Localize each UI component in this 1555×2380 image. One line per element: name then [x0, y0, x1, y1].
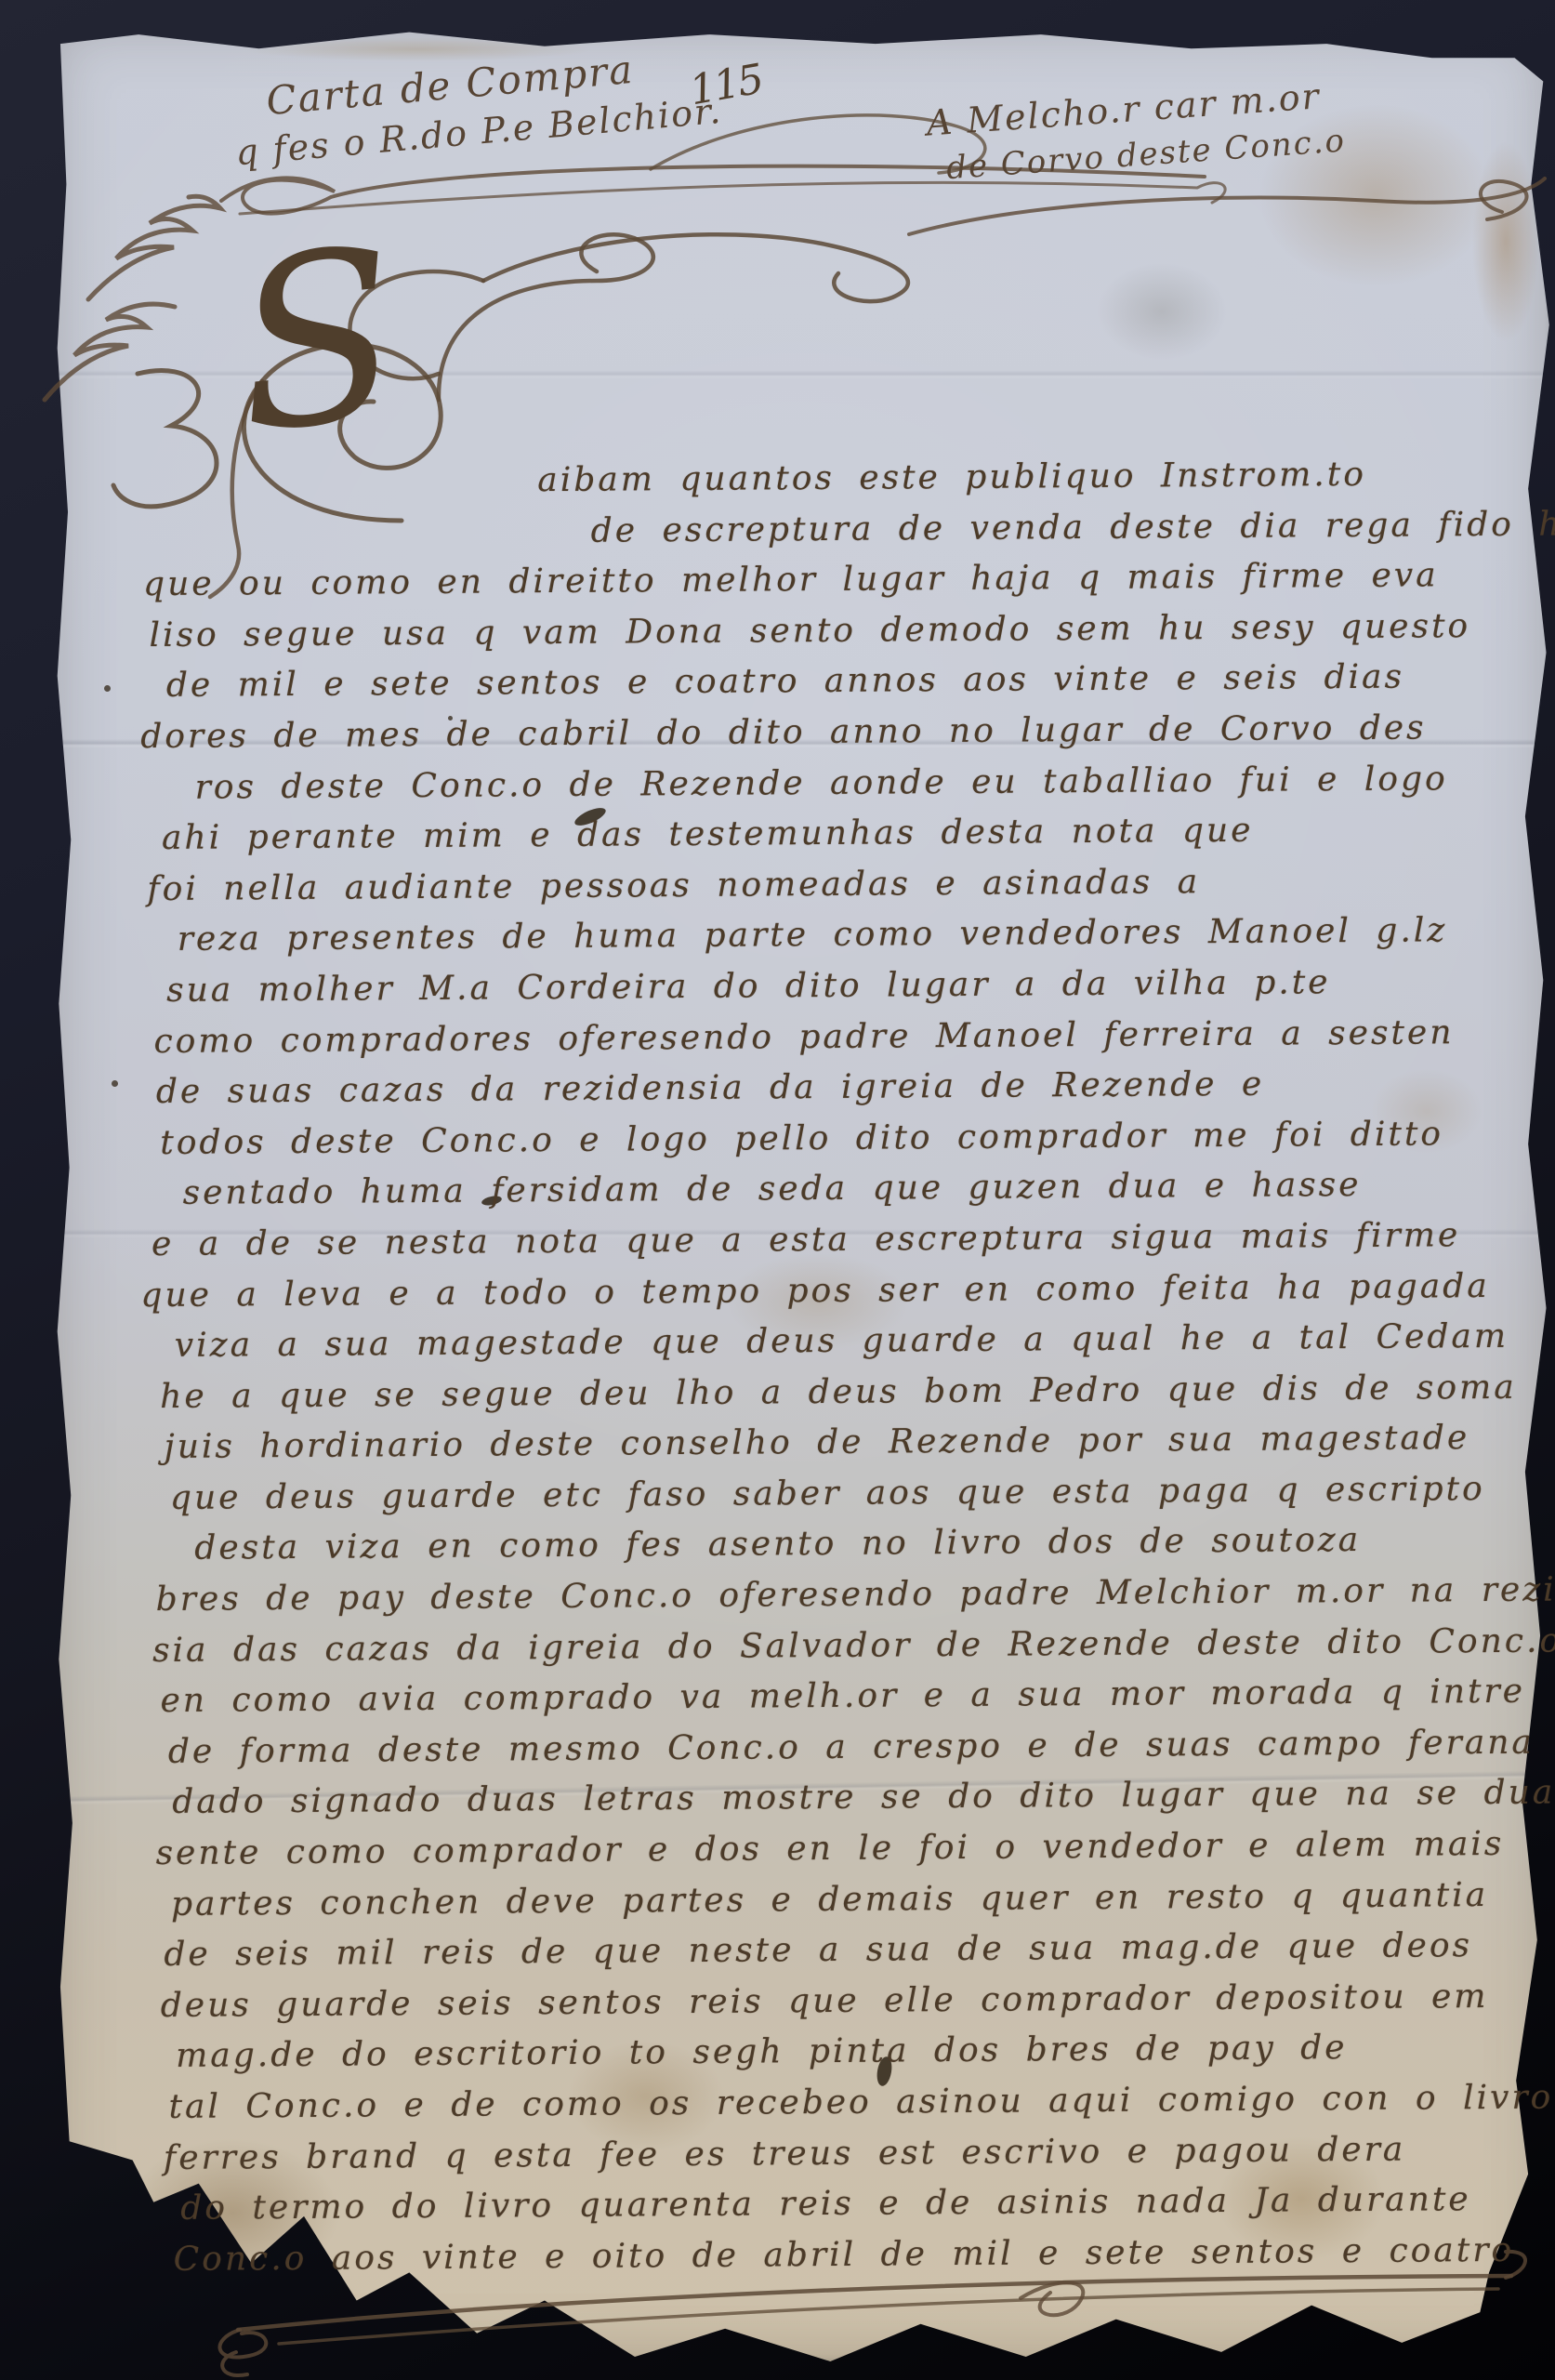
manuscript-line: de escreptura de venda deste dia rega fi… [591, 499, 1500, 556]
manuscript-line: aibam quantos este publiquo Instrom.to [537, 449, 1499, 507]
manuscript-line: ros deste Conc.o de Rezende aonde eu tab… [194, 753, 1501, 813]
manuscript-line: ferres brand q esta fee es treus est esc… [164, 2123, 1511, 2184]
manuscript-line: reza presentes de huma parte como vended… [178, 906, 1503, 966]
manuscript-line: de suas cazas da rezidensia da igreia de… [156, 1058, 1504, 1118]
manuscript-line: desta viza en como fes asento no livro d… [194, 1514, 1507, 1574]
manuscript-line: en como avia comprado va melh.or e a sua… [160, 1667, 1508, 1727]
manuscript-line: Conc.o aos vinte e oito de abril de mil … [173, 2226, 1511, 2286]
manuscript-line: que ou como en direitto melhor lugar haj… [143, 550, 1500, 611]
manuscript-line: mag.de do escritorio to segh pinta dos b… [176, 2022, 1510, 2082]
paper-stain [1459, 102, 1552, 381]
manuscript-line: sua molher M.a Cordeira do dito lugar a … [166, 957, 1503, 1017]
manuscript-line: partes conchen deve partes e demais quer… [171, 1870, 1509, 1930]
manuscript-line: como compradores oferesendo padre Manoel… [153, 1007, 1503, 1067]
manuscript-line: juis hordinario deste conselho de Rezend… [164, 1413, 1506, 1474]
manuscript-line: todos deste Conc.o e logo pello dito com… [160, 1109, 1504, 1170]
manuscript-line: que a leva e a todo o tempo pos ser en c… [140, 1261, 1505, 1321]
manuscript-line: bres de pay deste Conc.o oferesendo padr… [156, 1566, 1508, 1626]
manuscript-text: aibam quantos este publiquo Instrom.tode… [133, 449, 1512, 2286]
manuscript-line: do termo do livro quarenta reis e de asi… [180, 2175, 1511, 2235]
manuscript-line: de mil e sete sentos e coatro annos aos … [166, 652, 1501, 712]
manuscript-line: sentado huma fersidam de seda que guzen … [182, 1159, 1504, 1220]
manuscript-line: de seis mil reis de que neste a sua de s… [164, 1921, 1509, 1981]
manuscript-line: sente como comprador e dos en le foi o v… [155, 1819, 1509, 1880]
bottom-rule-flourish [219, 2330, 266, 2375]
manuscript-line: liso segue usa q vam Dona sento demodo s… [149, 602, 1500, 662]
manuscript-line: de forma deste mesmo Conc.o a crespo e d… [168, 1718, 1509, 1778]
manuscript-line: deus guarde seis sentos reis que elle co… [161, 1972, 1510, 2032]
manuscript-line: que deus guarde etc faso saber aos que e… [170, 1464, 1507, 1525]
manuscript-line: e a de se nesta nota que a esta escreptu… [152, 1210, 1505, 1271]
ink-speck [112, 1080, 118, 1087]
manuscript-line: dores de mes de cabril do dito anno no l… [140, 703, 1501, 763]
manuscript-line: he a que se segue deu lho a deus bom Ped… [160, 1363, 1506, 1423]
manuscript-line: foi nella audiante pessoas nomeadas e as… [147, 855, 1502, 916]
manuscript-line: tal Conc.o e de como os recebeo asinou a… [168, 2073, 1510, 2134]
manuscript-line: dado signado duas letras mostre se do di… [172, 1768, 1509, 1829]
paper-stain [1069, 242, 1255, 381]
manuscript-line: sia das cazas da igreia do Salvador de R… [152, 1617, 1508, 1677]
ink-speck [104, 685, 111, 692]
manuscript-photo: Carta de Compra q fes o R.do P.e Belchio… [0, 0, 1555, 2380]
manuscript-line: viza a sua magestade que deus guarde a q… [175, 1312, 1506, 1372]
decorative-initial: S [225, 218, 409, 468]
manuscript-line: ahi perante mim e das testemunhas desta … [162, 804, 1502, 865]
